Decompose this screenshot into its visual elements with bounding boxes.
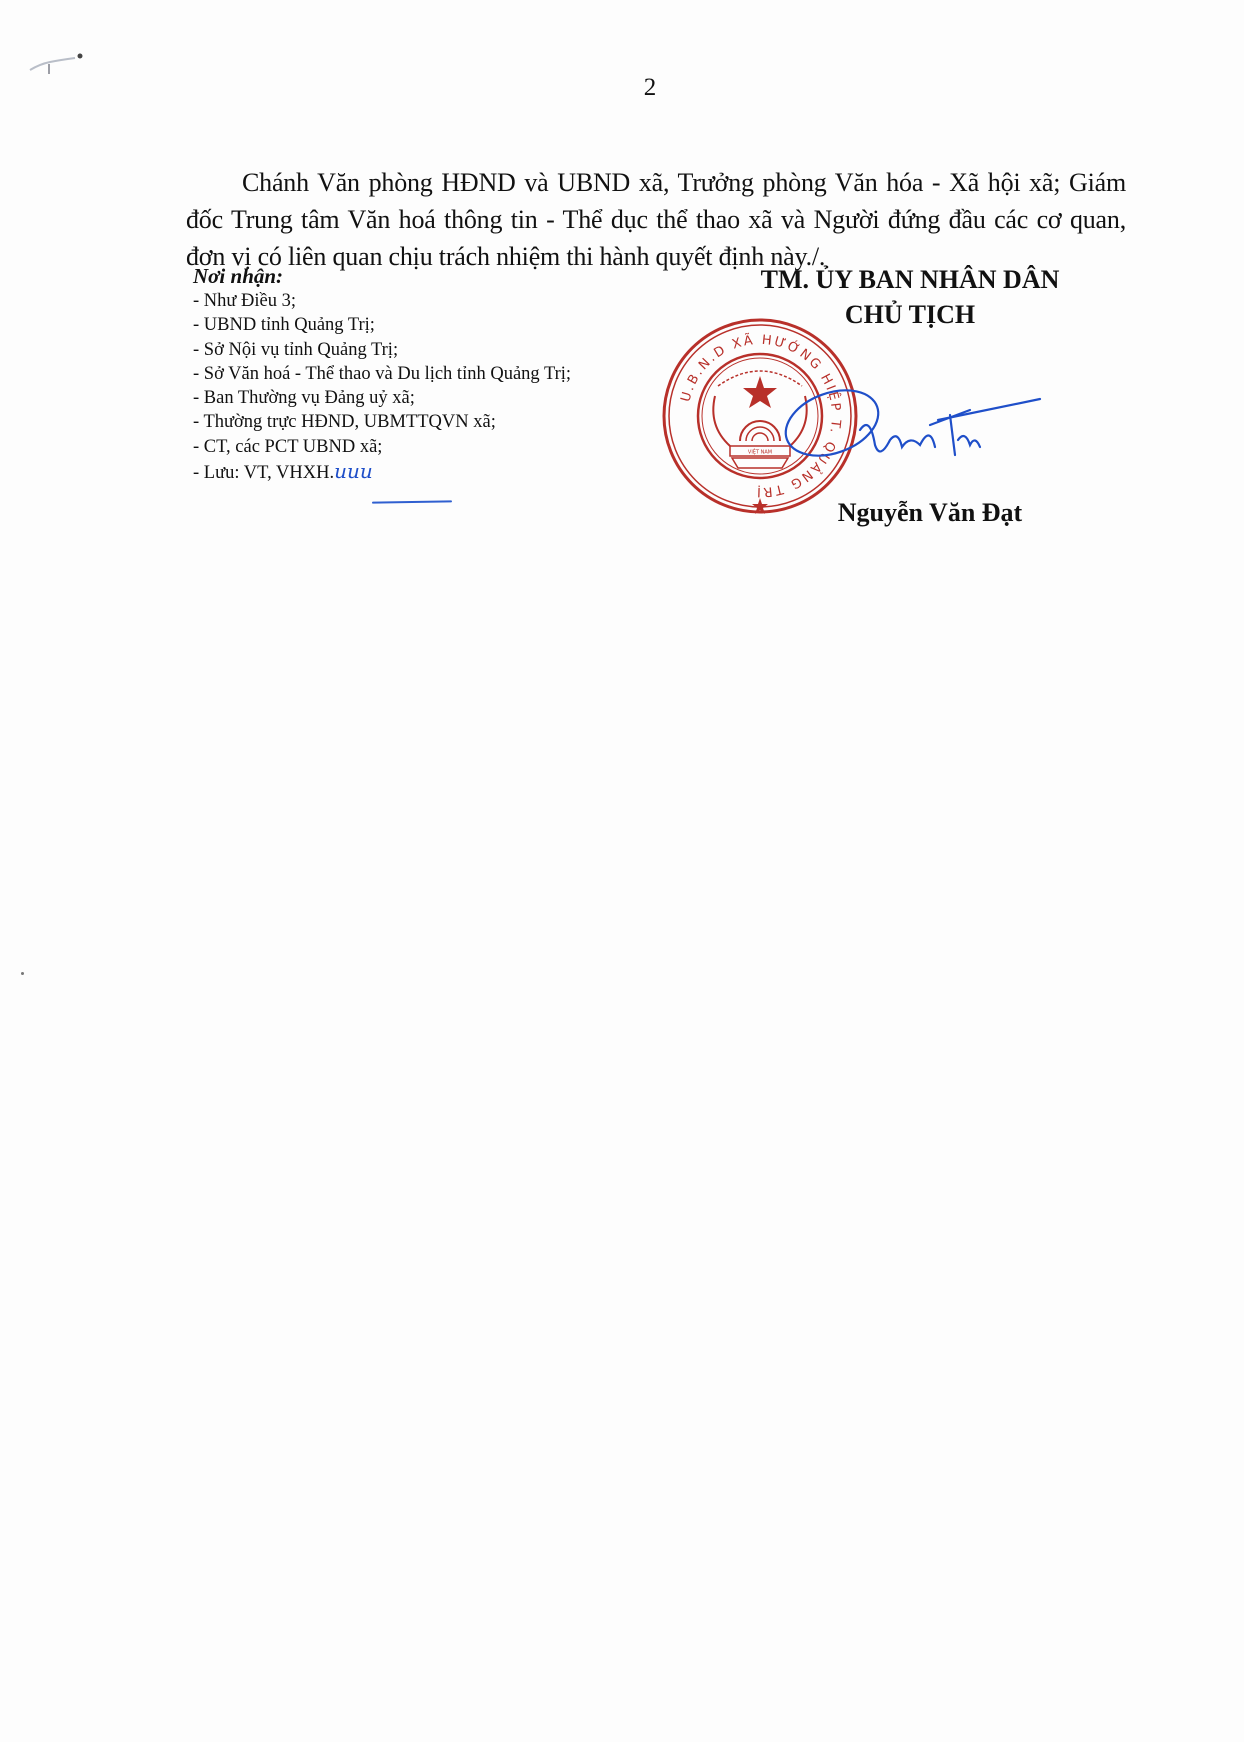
handwritten-initials: uuu — [334, 459, 373, 483]
signer-on-behalf: TM. ỦY BAN NHÂN DÂN — [700, 262, 1120, 297]
recipients-list: Nơi nhận: - Như Điều 3; - UBND tỉnh Quản… — [193, 263, 673, 485]
handwritten-signature — [780, 385, 1050, 475]
recipients-heading: Nơi nhận: — [193, 263, 673, 289]
recipient-item: - UBND tỉnh Quảng Trị; — [193, 313, 673, 337]
recipient-item: - Ban Thường vụ Đảng uỷ xã; — [193, 386, 673, 410]
recipient-item: - Sở Nội vụ tỉnh Quảng Trị; — [193, 338, 673, 362]
recipient-item: - Thường trực HĐND, UBMTTQVN xã; — [193, 410, 673, 434]
seal-inner-text: VIỆT NAM — [748, 448, 772, 456]
recipient-item: - CT, các PCT UBND xã; — [193, 435, 673, 459]
body-paragraph: Chánh Văn phòng HĐND và UBND xã, Trưởng … — [186, 164, 1126, 275]
scan-speck — [21, 972, 24, 975]
signer-name: Nguyễn Văn Đạt — [700, 498, 1160, 528]
recipient-item: - Lưu: VT, VHXH.uuu — [193, 459, 673, 485]
page-number: 2 — [0, 74, 1244, 102]
recipient-item: - Như Điều 3; — [193, 289, 673, 313]
initials-underline — [372, 500, 452, 503]
recipient-item: - Sở Văn hoá - Thể thao và Du lịch tỉnh … — [193, 362, 673, 386]
recipient-item-text: - Lưu: VT, VHXH. — [193, 463, 334, 483]
